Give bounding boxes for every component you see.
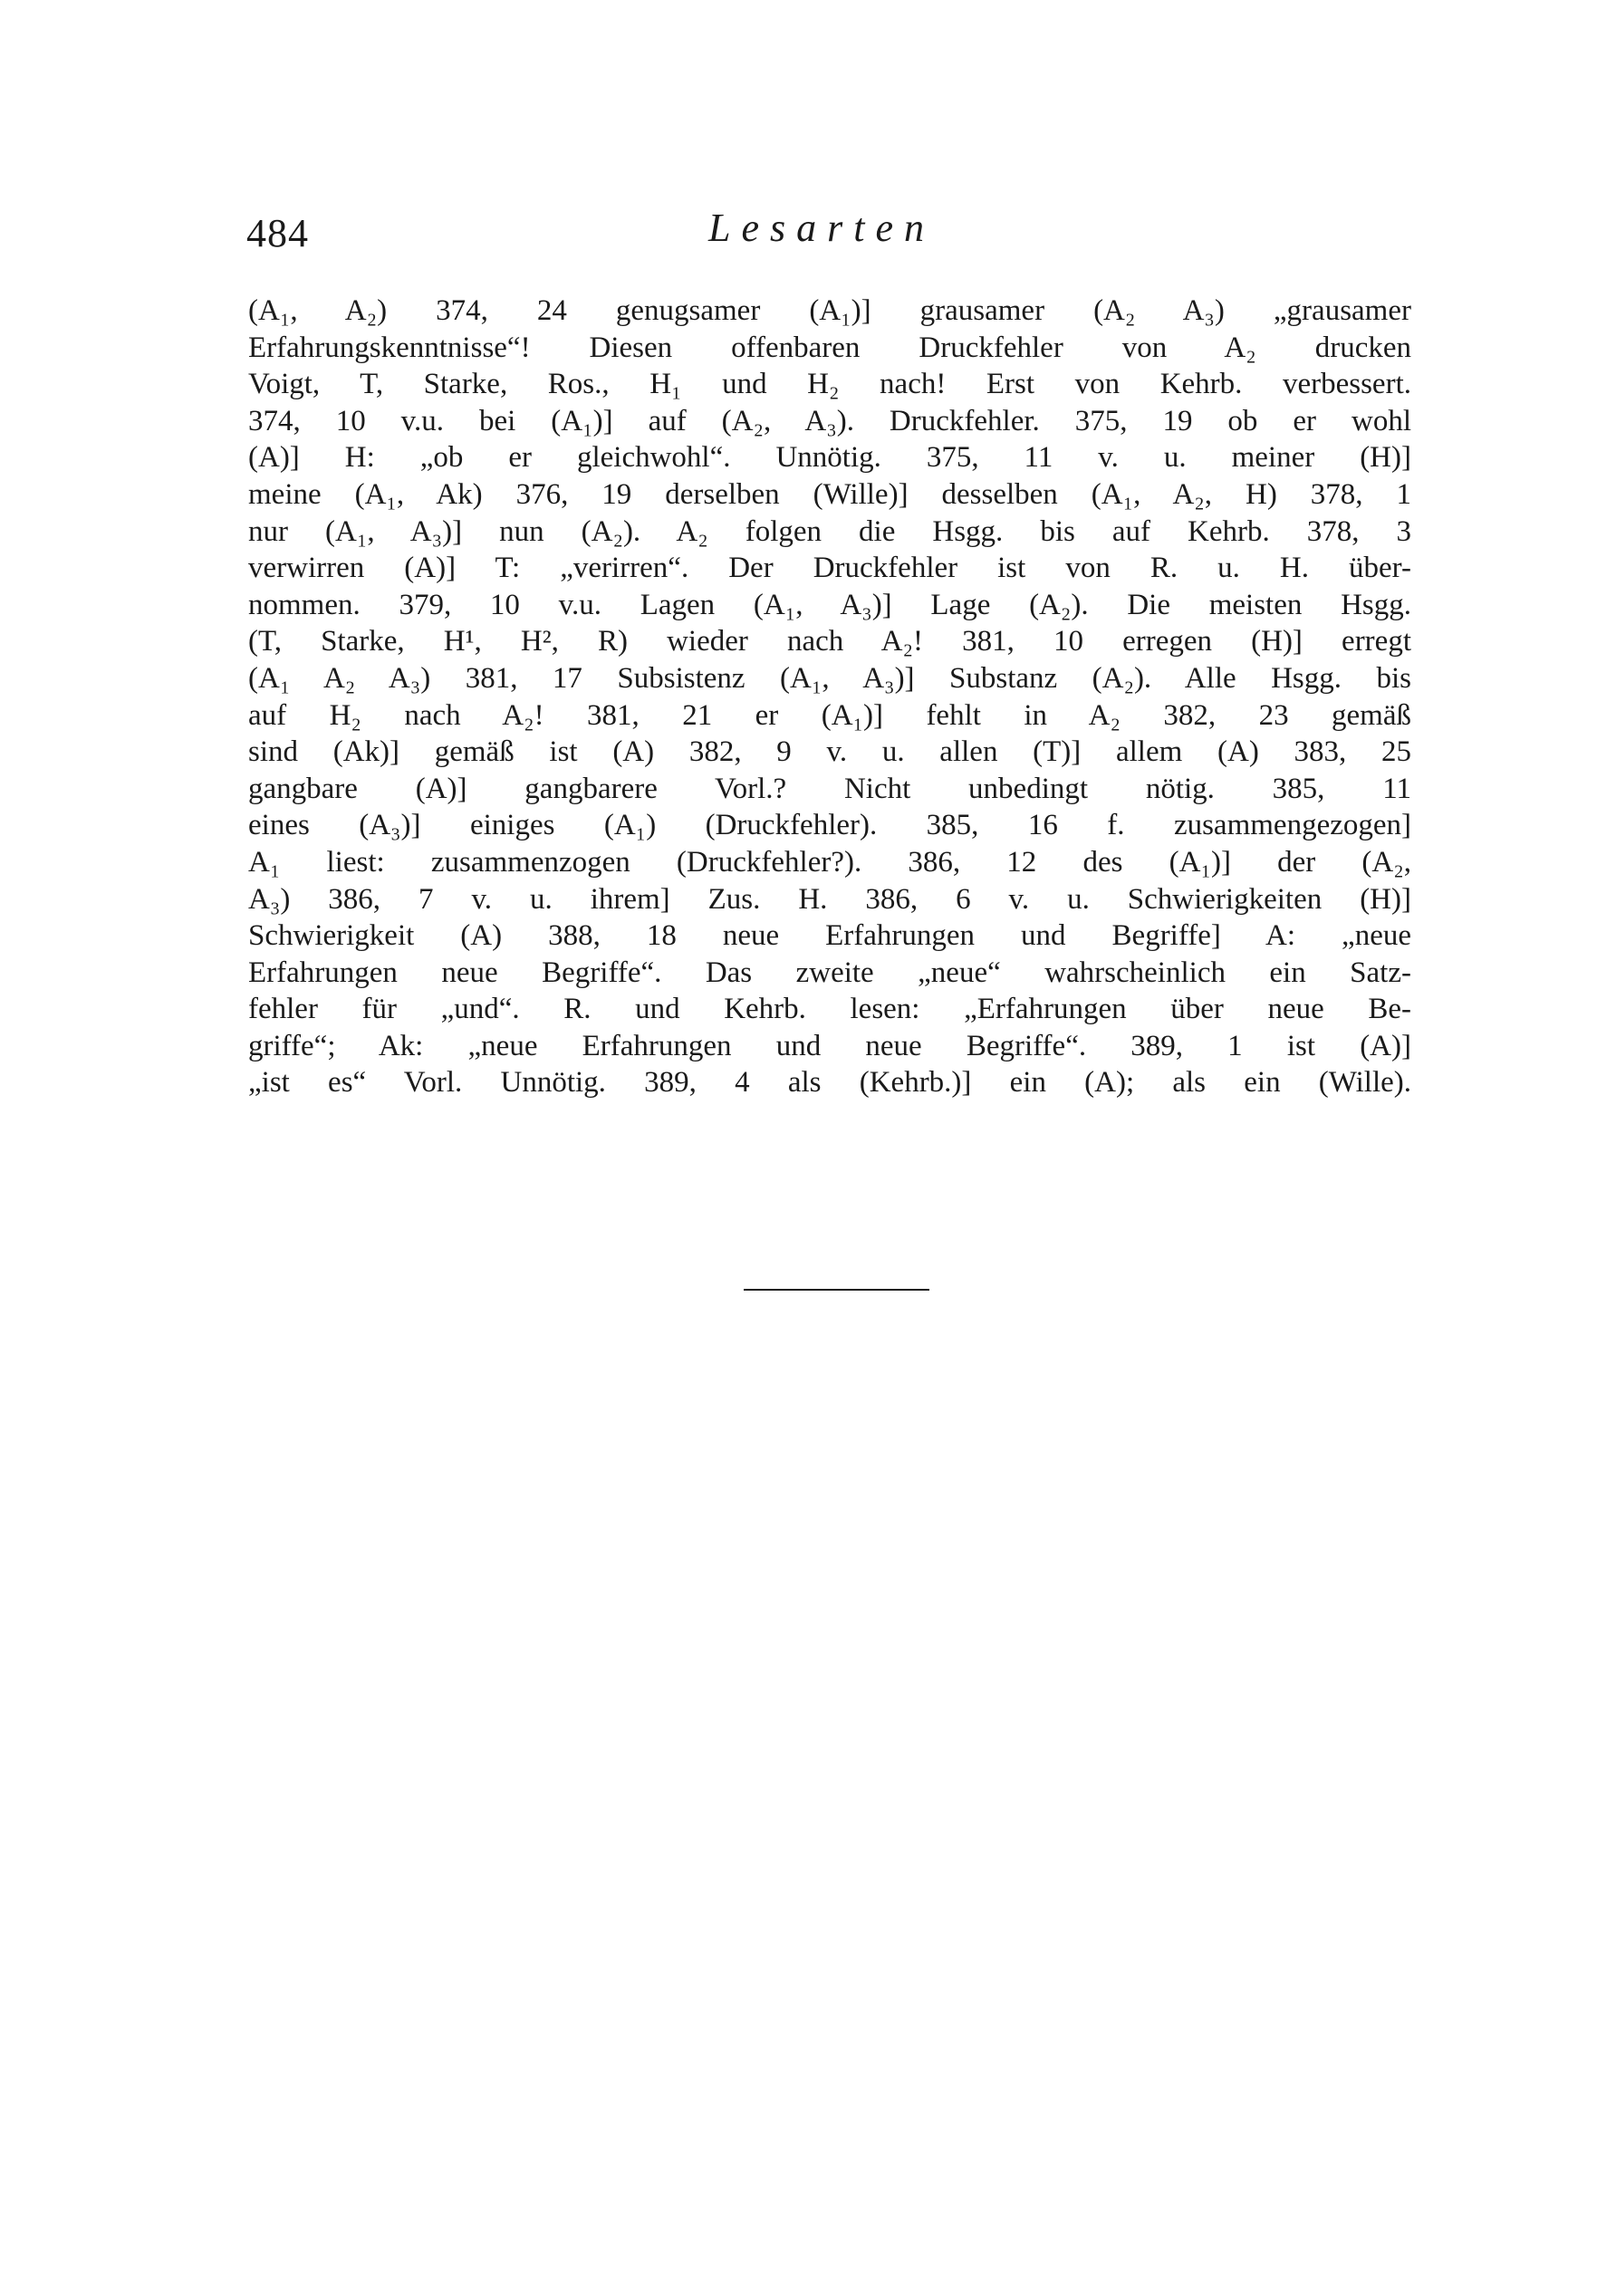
text-line: (T, Starke, H¹, H², R) wieder nach A₂! 3… (248, 623, 1411, 660)
text-line: eines (A₃)] einiges (A₁) (Druckfehler). … (248, 807, 1411, 844)
text-line: fehler für „und“. R. und Kehrb. lesen: „… (248, 991, 1411, 1028)
text-line: verwirren (A)] T: „verirren“. Der Druckf… (248, 550, 1411, 587)
text-line: (A)] H: „ob er gleichwohl“. Unnötig. 375… (248, 439, 1411, 476)
text-line: Schwierigkeit (A) 388, 18 neue Erfahrung… (248, 917, 1411, 955)
text-line: 374, 10 v.u. bei (A₁)] auf (A₂, A₃). Dru… (248, 403, 1411, 440)
section-divider-rule (744, 1289, 929, 1291)
text-line: nommen. 379, 10 v.u. Lagen (A₁, A₃)] Lag… (248, 587, 1411, 624)
apparatus-text: (A₁, A₂) 374, 24 genugsamer (A₁)] grausa… (248, 293, 1411, 1101)
text-line: (A₁, A₂) 374, 24 genugsamer (A₁)] grausa… (248, 293, 1411, 330)
running-head: Lesarten (0, 205, 1616, 251)
text-line: A₁ liest: zusammenzogen (Druckfehler?). … (248, 844, 1411, 881)
text-line: „ist es“ Vorl. Unnötig. 389, 4 als (Kehr… (248, 1064, 1411, 1101)
text-line: nur (A₁, A₃)] nun (A₂). A₂ folgen die Hs… (248, 514, 1411, 551)
text-line: gangbare (A)] gangbarere Vorl.? Nicht un… (248, 771, 1411, 808)
text-line: meine (A₁, Ak) 376, 19 derselben (Wille)… (248, 476, 1411, 514)
text-line: A₃) 386, 7 v. u. ihrem] Zus. H. 386, 6 v… (248, 881, 1411, 918)
text-line: Erfahrungen neue Begriffe“. Das zweite „… (248, 955, 1411, 992)
text-line: sind (Ak)] gemäß ist (A) 382, 9 v. u. al… (248, 734, 1411, 771)
text-line: (A₁ A₂ A₃) 381, 17 Subsistenz (A₁, A₃)] … (248, 660, 1411, 697)
text-line: griffe“; Ak: „neue Erfahrungen und neue … (248, 1028, 1411, 1065)
text-line: auf H₂ nach A₂! 381, 21 er (A₁)] fehlt i… (248, 697, 1411, 735)
text-line: Erfahrungskenntnisse“! Diesen offenbaren… (248, 330, 1411, 367)
text-line: Voigt, T, Starke, Ros., H₁ und H₂ nach! … (248, 366, 1411, 403)
